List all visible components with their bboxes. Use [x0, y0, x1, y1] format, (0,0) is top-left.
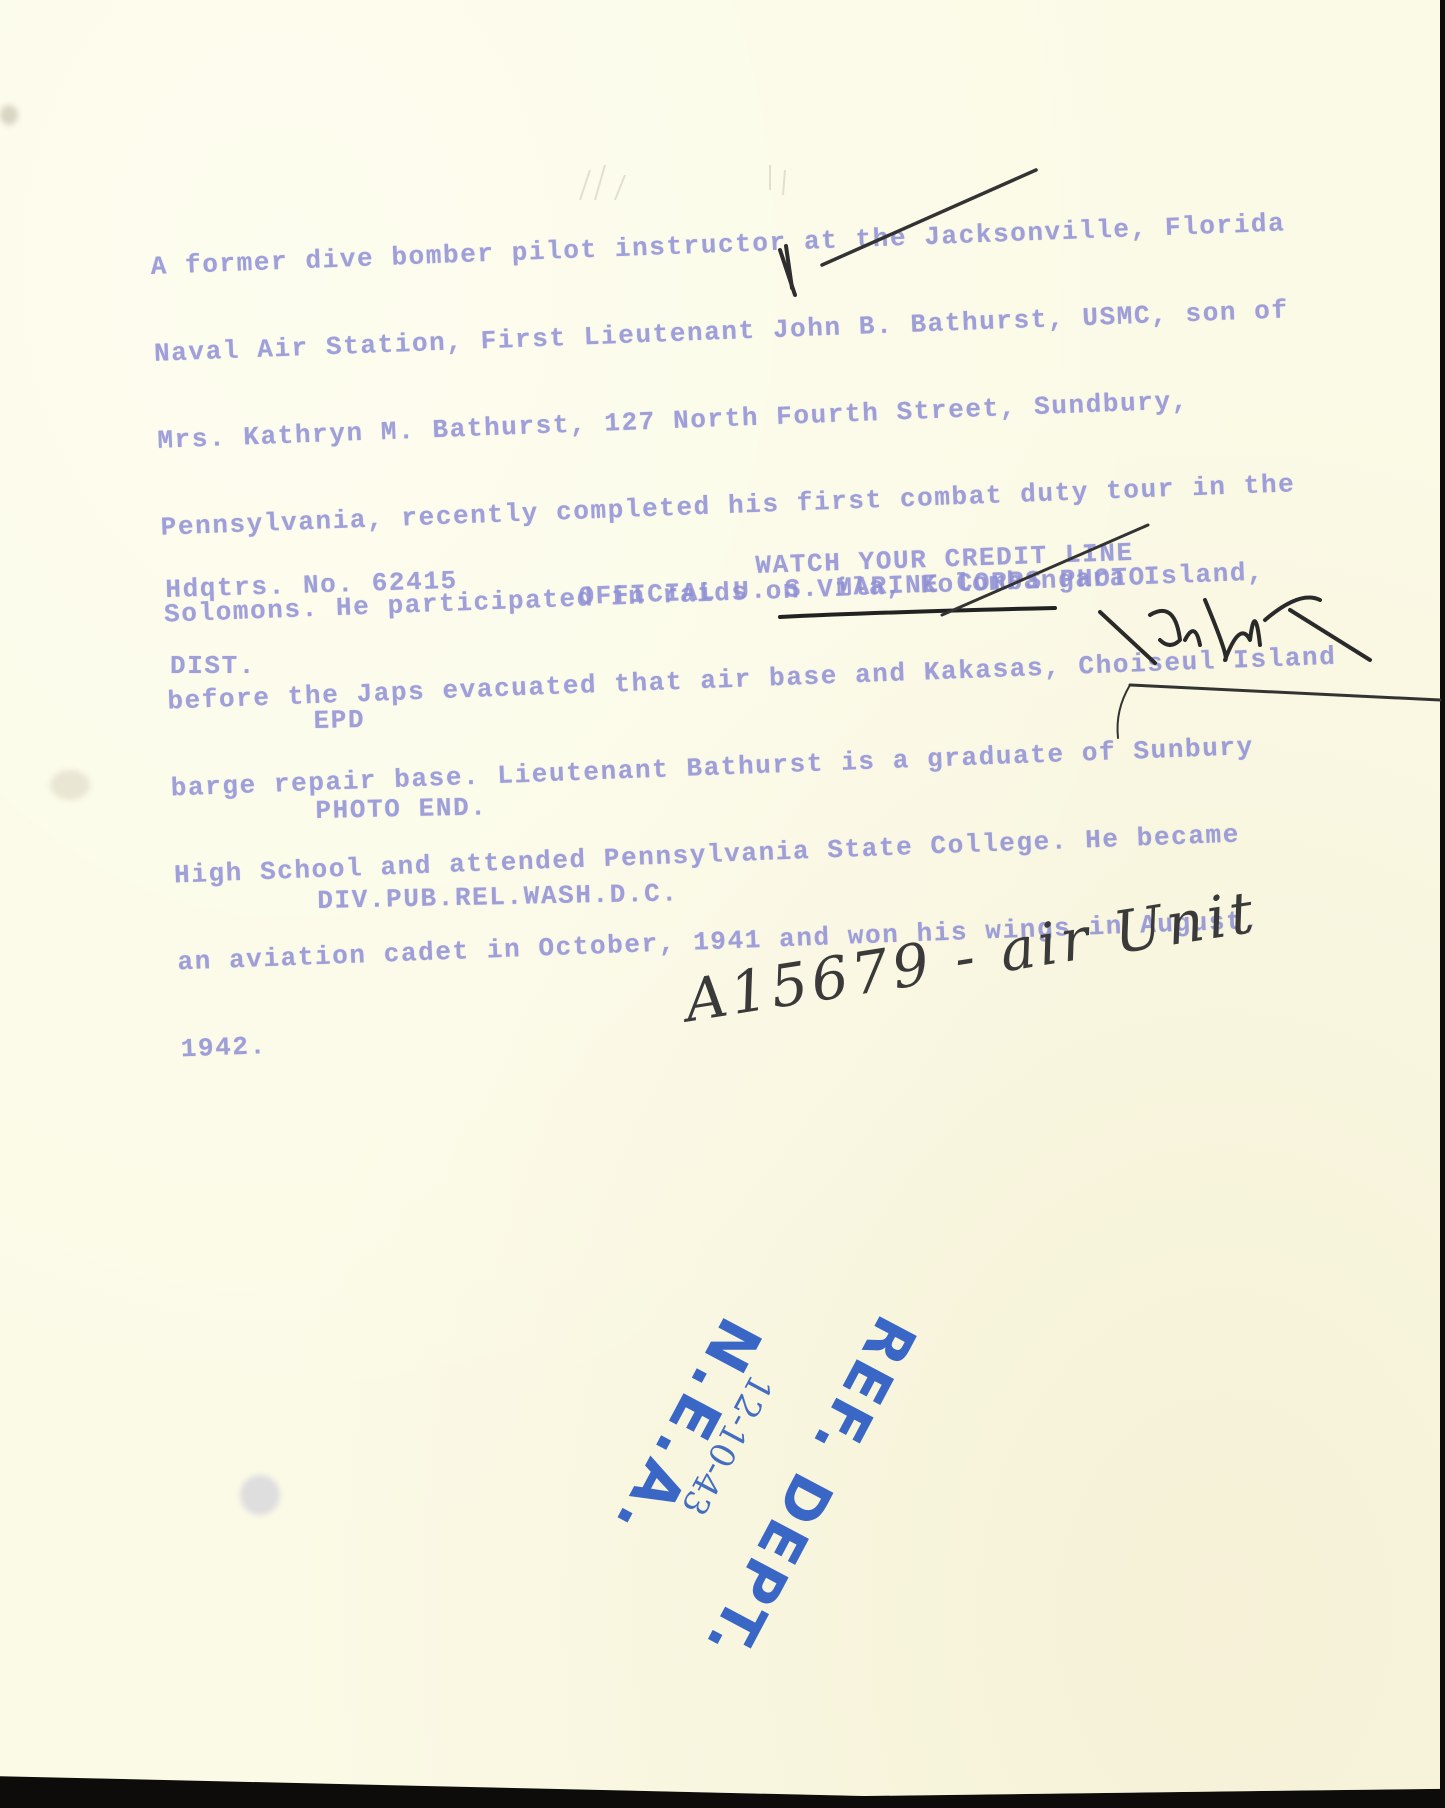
- smudge-mark: [50, 770, 90, 800]
- distribution-item: PHOTO END.: [315, 788, 677, 826]
- distribution-item: DIV.PUB.REL.WASH.D.C.: [317, 878, 679, 916]
- caption-line: Pennsylvania, recently completed his fir…: [160, 469, 1330, 543]
- distribution-item: EPD: [313, 698, 675, 736]
- distribution-label: DIST.: [170, 652, 256, 681]
- smudge-mark: [240, 1475, 280, 1515]
- caption-line: Mrs. Kathryn M. Bathurst, 127 North Four…: [157, 382, 1327, 456]
- caption-line: A former dive bomber pilot instructor at…: [150, 208, 1320, 282]
- smudge-mark: [0, 105, 18, 125]
- caption-line: Naval Air Station, First Lieutenant John…: [154, 295, 1324, 369]
- distribution-list: EPD PHOTO END. DIV.PUB.REL.WASH.D.C.: [312, 638, 679, 946]
